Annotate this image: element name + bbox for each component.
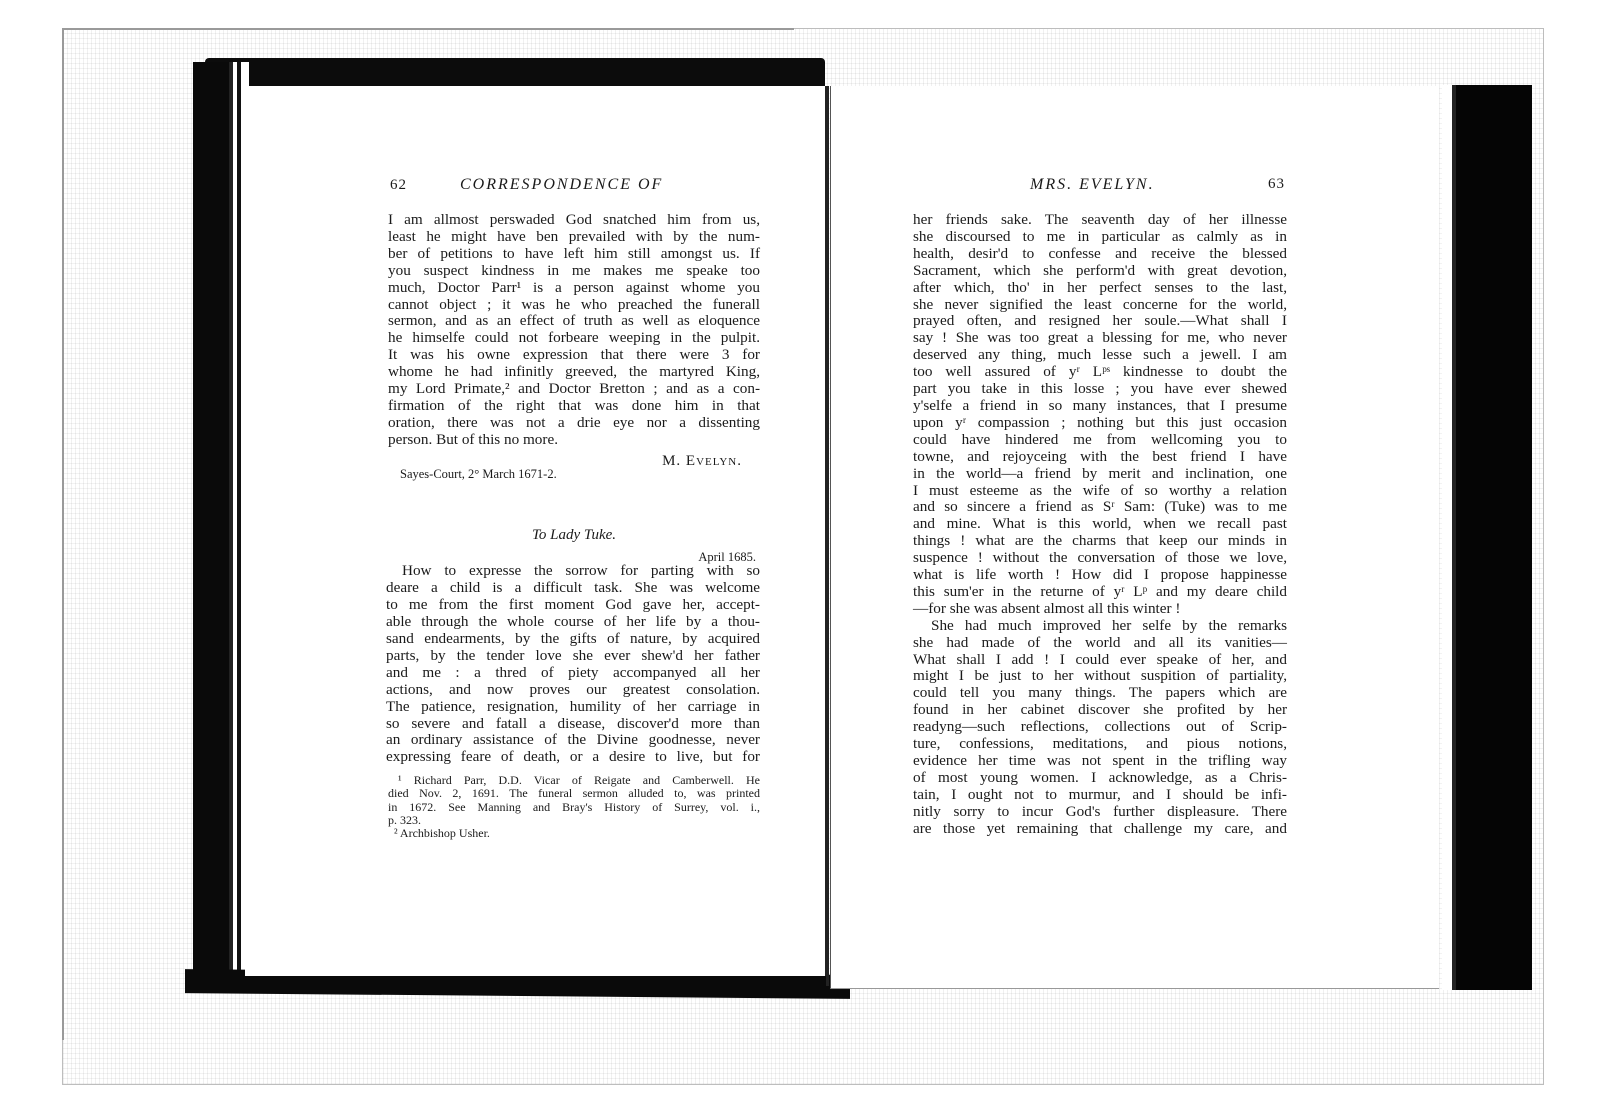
text-line: readyng—such reflections, collections ou…	[913, 719, 1287, 736]
page-edge-left	[193, 62, 249, 992]
paragraph-1: her friends sake. The seaventh day of he…	[913, 212, 1287, 618]
footnote-line: in 1672. See Manning and Bray's History …	[388, 801, 760, 814]
text-line: an ordinary assistance of the Divine goo…	[386, 732, 760, 749]
text-line: —for she was absent almost all this wint…	[913, 601, 1287, 618]
left-running-title: CORRESPONDENCE OF	[460, 176, 663, 193]
text-line: towne, and rejoyceing with the best frie…	[913, 449, 1287, 466]
text-line: I am allmost perswaded God snatched him …	[388, 212, 760, 229]
text-line: It was his owne expression that there we…	[388, 347, 760, 364]
text-line: you suspect kindness in me makes me spea…	[388, 263, 760, 280]
text-line: suspence ! without the conversation of t…	[913, 550, 1287, 567]
right-page-number: 63	[1268, 176, 1285, 193]
text-line: might I be just to her without suspition…	[913, 668, 1287, 685]
text-line: what is life worth ! How did I propose h…	[913, 567, 1287, 584]
signature-initial: M.	[662, 453, 686, 469]
footnote-line: died Nov. 2, 1691. The funeral sermon al…	[388, 787, 760, 800]
signature-name: Evelyn.	[686, 453, 742, 469]
text-line: and so sincere a friend as Sʳ Sam: (Tuke…	[913, 499, 1287, 516]
text-line: whome he had infinitly greeved, the mart…	[388, 364, 760, 381]
text-line: sermon, and as an effect of truth as wel…	[388, 313, 760, 330]
text-line: What shall I add ! I could ever speake o…	[913, 652, 1287, 669]
letter-2-body: How to expresse the sorrow for parting w…	[386, 563, 760, 766]
text-line: She had much improved her selfe by the r…	[913, 618, 1287, 635]
text-line: How to expresse the sorrow for parting w…	[386, 563, 760, 580]
text-line: person. But of this no more.	[388, 432, 760, 449]
text-line: could tell you many things. The papers w…	[913, 685, 1287, 702]
text-line: in the world—a friend by merit and incli…	[913, 466, 1287, 483]
footnotes: ¹ Richard Parr, D.D. Vicar of Reigate an…	[388, 774, 760, 840]
text-line: say ! She was too great a blessing for m…	[913, 330, 1287, 347]
text-line: and me : a thred of piety accompanyed al…	[386, 665, 760, 682]
text-line: I must esteeme as the wife of so worthy …	[913, 483, 1287, 500]
text-line: expressing feare of death, or a desire t…	[386, 749, 760, 766]
text-line: actions, and now proves our greatest con…	[386, 682, 760, 699]
text-line: and mine. What is this world, when we re…	[913, 516, 1287, 533]
text-line: she discoursed to me in particular as ca…	[913, 229, 1287, 246]
text-line: cannot object ; it was he who preached t…	[388, 297, 760, 314]
text-line: sand endearments, by the gifts of nature…	[386, 631, 760, 648]
text-line: part you take in this losse ; you have e…	[913, 381, 1287, 398]
left-text-block: I am allmost perswaded God snatched him …	[388, 212, 760, 840]
text-line: Sacrament, which she perform'd with grea…	[913, 263, 1287, 280]
text-line: tain, I ought not to murmur, and I shoul…	[913, 787, 1287, 804]
text-line: deare a child is a difficult task. She w…	[386, 580, 760, 597]
text-line: of most young women. I acknowledge, as a…	[913, 770, 1287, 787]
paragraph-2: She had much improved her selfe by the r…	[913, 618, 1287, 838]
text-line: found in her cabinet discover she profit…	[913, 702, 1287, 719]
text-line: her friends sake. The seaventh day of he…	[913, 212, 1287, 229]
page-edge-top	[205, 58, 825, 88]
text-line: health, desir'd to confesse and receive …	[913, 246, 1287, 263]
text-line: ture, confessions, meditations, and piou…	[913, 736, 1287, 753]
text-line: are those yet remaining that challenge m…	[913, 821, 1287, 838]
right-running-title: MRS. EVELYN.	[1030, 176, 1155, 193]
text-line: much, Doctor Parr¹ is a person against w…	[388, 280, 760, 297]
letter-1-body: I am allmost perswaded God snatched him …	[388, 212, 760, 449]
text-line: could have hindered me from wellcoming y…	[913, 432, 1287, 449]
text-line: firmation of the right that was done him…	[388, 398, 760, 415]
text-line: this sum'er in the returne of yʳ Lᵖ and …	[913, 584, 1287, 601]
text-line: oration, there was not a drie eye nor a …	[388, 415, 760, 432]
letter-heading: To Lady Tuke.	[388, 527, 760, 544]
page-edge-right	[1442, 85, 1532, 990]
book-gutter	[826, 86, 829, 986]
left-running-head: 62 CORRESPONDENCE OF	[390, 176, 690, 194]
text-line: she never signified the least concerne f…	[913, 297, 1287, 314]
right-running-head: MRS. EVELYN. 63	[1030, 176, 1290, 194]
text-line: so severe and fatall a disease, discover…	[386, 716, 760, 733]
text-line: upon yʳ compassion ; nothing but this ju…	[913, 415, 1287, 432]
text-line: deserved any thing, much lesse such a je…	[913, 347, 1287, 364]
text-line: The patience, resignation, humility of h…	[386, 699, 760, 716]
text-line: after which, tho' in her perfect senses …	[913, 280, 1287, 297]
text-line: she had made of the world and all its va…	[913, 635, 1287, 652]
text-line: nitly sorry to incur God's further displ…	[913, 804, 1287, 821]
text-line: he himselfe could not forbeare weeping i…	[388, 330, 760, 347]
text-line: least he might have ben prevailed with b…	[388, 229, 760, 246]
text-line: able through the whole course of her lif…	[386, 614, 760, 631]
right-text-block: her friends sake. The seaventh day of he…	[913, 212, 1287, 838]
text-line: things ! what are the charms that keep o…	[913, 533, 1287, 550]
text-line: too well assured of yʳ Lᵖˢ kindnesse to …	[913, 364, 1287, 381]
text-line: my Lord Primate,² and Doctor Bretton ; a…	[388, 381, 760, 398]
text-line: evidence her time was not spent in the t…	[913, 753, 1287, 770]
text-line: ber of petitions to have left him still …	[388, 246, 760, 263]
text-line: parts, by the tender love she ever shew'…	[386, 648, 760, 665]
footnote-line: ² Archbishop Usher.	[388, 827, 760, 840]
text-line: to me from the first moment God gave her…	[386, 597, 760, 614]
text-line: y'selfe a friend in so many instances, t…	[913, 398, 1287, 415]
text-line: prayed often, and resigned her soule.—Wh…	[913, 313, 1287, 330]
left-page-number: 62	[390, 177, 407, 193]
